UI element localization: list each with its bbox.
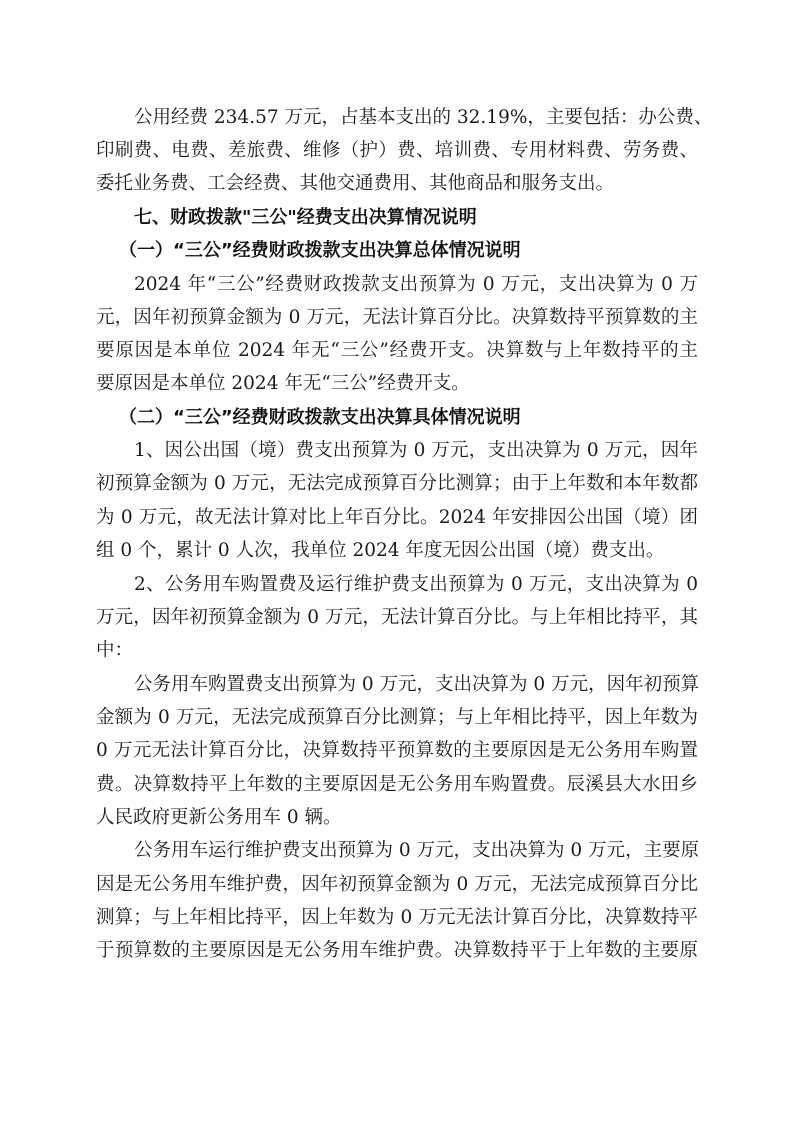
- paragraph-line: 测算；与上年相比持平，因上年数为 0 万元无法计算百分比，决算数持平: [96, 903, 698, 933]
- paragraph-line: 为 0 万元，故无法计算对比上年百分比。2024 年安排因公出国（境）团: [96, 503, 698, 533]
- paragraph-line: 要原因是本单位 2024 年无“三公”经费开支。决算数与上年数持平的主: [96, 336, 698, 366]
- paragraph-line: 要原因是本单位 2024 年无“三公”经费开支。: [96, 369, 698, 399]
- paragraph-line: 费。决算数持平上年数的主要原因是无公务用车购置费。辰溪县大水田乡: [96, 770, 698, 800]
- paragraph-line: 公务用车运行维护费支出预算为 0 万元，支出决算为 0 万元，主要原: [134, 836, 698, 866]
- subsection-heading: （一）“三公”经费财政拨款支出决算总体情况说明: [119, 236, 679, 266]
- document-page: 公用经费 234.57 万元，占基本支出的 32.19%，主要包括：办公费、 印…: [0, 0, 793, 1122]
- paragraph-line: 1、因公出国（境）费支出预算为 0 万元，支出决算为 0 万元，因年: [134, 436, 698, 466]
- paragraph-line: 2、公务用车购置费及运行维护费支出预算为 0 万元，支出决算为 0: [134, 570, 698, 600]
- paragraph-line: 因是无公务用车维护费，因年初预算金额为 0 万元，无法完成预算百分比: [96, 870, 698, 900]
- paragraph-line: 委托业务费、工会经费、其他交通费用、其他商品和服务支出。: [96, 169, 698, 199]
- paragraph-line: 印刷费、电费、差旅费、维修（护）费、培训费、专用材料费、劳务费、: [96, 136, 698, 166]
- paragraph-line: 初预算金额为 0 万元，无法完成预算百分比测算；由于上年数和本年数都: [96, 469, 698, 499]
- section-heading: 七、财政拨款"三公"经费支出决算情况说明: [134, 203, 694, 233]
- subsection-heading: （二）“三公”经费财政拨款支出决算具体情况说明: [119, 403, 679, 433]
- paragraph-line: 0 万元无法计算百分比，决算数持平预算数的主要原因是无公务用车购置: [96, 736, 698, 766]
- paragraph-line: 万元，因年初预算金额为 0 万元，无法计算百分比。与上年相比持平，其: [96, 603, 698, 633]
- paragraph-line: 人民政府更新公务用车 0 辆。: [96, 803, 698, 833]
- paragraph-line: 中：: [96, 636, 698, 666]
- paragraph-line: 于预算数的主要原因是无公务用车维护费。决算数持平于上年数的主要原: [96, 936, 698, 966]
- paragraph-line: 公务用车购置费支出预算为 0 万元，支出决算为 0 万元，因年初预算: [134, 670, 698, 700]
- paragraph-line: 金额为 0 万元，无法完成预算百分比测算；与上年相比持平，因上年数为: [96, 703, 698, 733]
- paragraph-line: 公用经费 234.57 万元，占基本支出的 32.19%，主要包括：办公费、: [134, 103, 698, 133]
- paragraph-line: 2024 年“三公”经费财政拨款支出预算为 0 万元，支出决算为 0 万: [134, 270, 698, 300]
- paragraph-line: 组 0 个，累计 0 人次，我单位 2024 年度无因公出国（境）费支出。: [96, 536, 698, 566]
- paragraph-line: 元，因年初预算金额为 0 万元，无法计算百分比。决算数持平预算数的主: [96, 303, 698, 333]
